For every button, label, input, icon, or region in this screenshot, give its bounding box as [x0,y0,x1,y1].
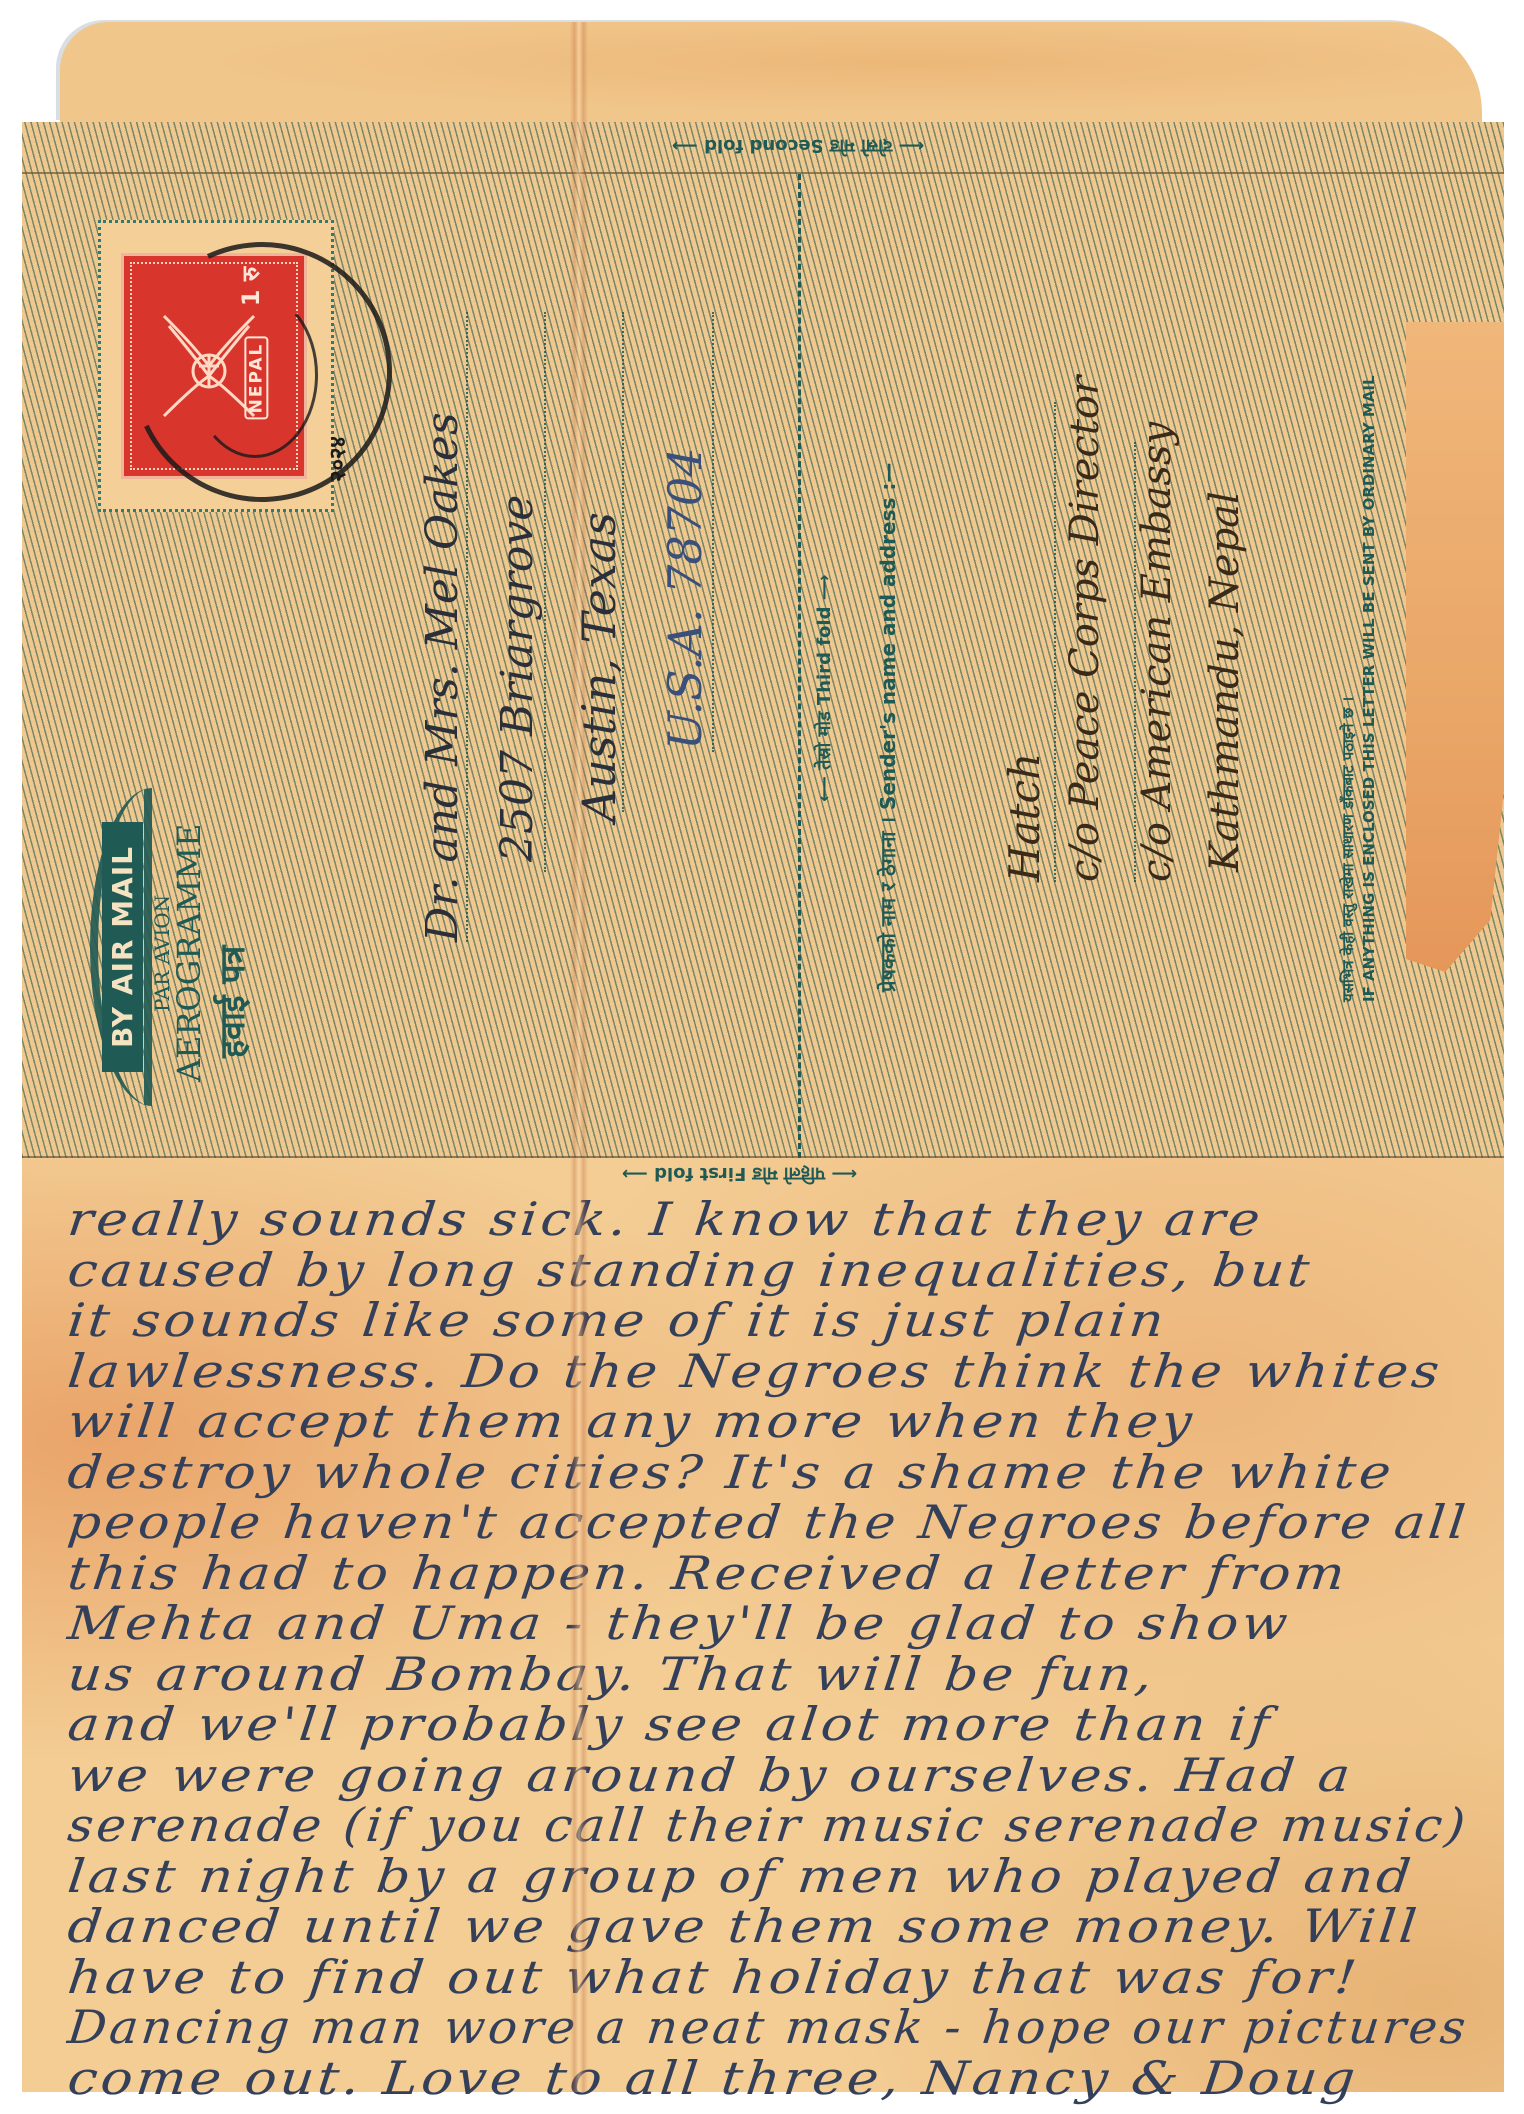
aerogramme-title-nepali: हवाई पत्र [208,946,254,1058]
sender-line-3: c/o American Embassy [1134,422,1180,882]
letter-line: lawlessness. Do the Negroes think the wh… [65,1344,1445,1398]
second-fold-label: ⟵ दोस्रो मोड Second fold ⟶ [672,134,924,158]
sender-line-1: Hatch [1000,753,1049,882]
postmark-inner-circle [192,292,318,458]
letter-line: danced until we gave them some money. Wi… [65,1899,1423,1953]
by-air-mail-badge: BY AIR MAIL [102,822,143,1072]
sender-line-4: Kathmandu, Nepal [1202,491,1248,872]
second-fold-crease [22,172,1504,174]
letter-line: we were going around by ourselves. Had a [65,1748,1356,1802]
second-fold-text: दोस्रो मोड Second fold [704,135,892,156]
arrow-icon: ⟶ [814,574,835,606]
address-guide-line [712,312,714,752]
third-fold-label: ⟵ तेस्रो मोड Third fold ⟶ [812,574,836,802]
letter-line: destroy whole cities? It's a shame the w… [65,1445,1397,1499]
postmark-date: २०२४ [322,436,352,482]
arrow-icon: ⟶ [672,135,704,156]
aerogramme-title: AEROGRAMME [170,824,208,1082]
first-fold-label: ⟵ पहिलो मोड First fold ⟶ [622,1162,857,1186]
letter-line: people haven't accepted the Negroes befo… [65,1495,1471,1549]
letter-line: serenade (if you call their music serena… [65,1798,1471,1852]
torn-paper-patch [1406,322,1504,972]
third-fold-text: तेस्रो मोड Third fold [814,607,835,770]
sender-guide-line [1054,402,1056,882]
first-fold-text: पहिलो मोड First fold [654,1163,825,1184]
recipient-line-3: Austin, Texas [572,512,626,822]
recipient-line-4: U.S.A. 78704 [658,448,712,750]
letter-line: will accept them any more when they [65,1394,1198,1448]
arrow-icon: ⟵ [892,135,924,156]
aerogramme-sheet: ⟵ दोस्रो मोड Second fold ⟶ ⟵ तेस्रो मोड … [22,22,1504,2092]
notice-nepali: यसभित्र केही वस्तु राखेमा साधारण डाँकबाट… [1338,697,1358,1002]
notice-english: IF ANYTHING IS ENCLOSED THIS LETTER WILL… [1360,375,1378,1002]
letter-line: have to find out what holiday that was f… [65,1950,1362,2004]
airmail-logo: BY AIR MAIL [102,822,143,1072]
letter-line: us around Bombay. That will be fun, [65,1647,1158,1701]
arrow-icon: ⟵ [825,1163,857,1184]
letter-line: it sounds like some of it is just plain [65,1293,1170,1347]
letter-line: and we'll probably see alot more than if [65,1697,1275,1751]
letter-line: come out. Love to all three, Nancy & Dou… [65,2051,1361,2105]
arrow-icon: ⟵ [814,770,835,802]
letter-panel: ⟵ पहिलो मोड First fold ⟶ really sounds s… [22,1158,1504,2092]
letter-line: Dancing man wore a neat mask - hope our … [65,2000,1471,2054]
letter-line: last night by a group of men who played … [65,1849,1417,1903]
third-fold-line [798,174,801,1158]
letter-center-crease [570,1158,588,2092]
letter-line: really sounds sick. I know that they are [65,1192,1266,1246]
address-guide-line [544,312,546,872]
letter-line: caused by long standing inequalities, bu… [65,1243,1315,1297]
arrow-icon: ⟶ [622,1163,654,1184]
letter-line: this had to happen. Received a letter fr… [65,1546,1351,1600]
sender-label: प्रेषकको नाम र ठेगाना । Sender's name an… [874,463,901,992]
recipient-line-1: Dr. and Mrs. Mel Oakes [417,412,468,942]
recipient-line-2: 2507 Briargrove [492,495,543,862]
letter-line: Mehta and Uma - they'll be glad to show [65,1596,1293,1650]
top-flap [60,22,1482,122]
sender-line-2: c/o Peace Corps Director [1062,376,1108,882]
